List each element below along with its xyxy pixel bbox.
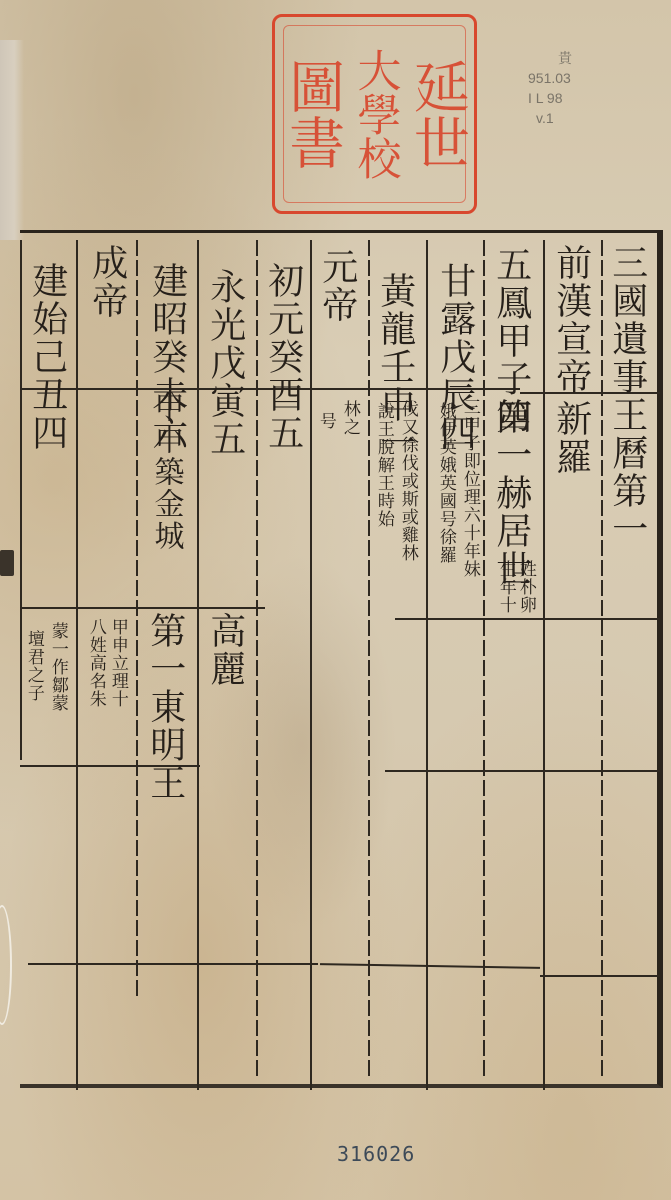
call-number-line: 951.03 xyxy=(528,68,598,88)
row-divider xyxy=(395,618,660,620)
row-divider xyxy=(28,963,318,965)
call-number-line: I L 98 xyxy=(528,88,598,108)
column-divider xyxy=(368,240,370,1080)
annotation-line: 蒙一作鄒蒙 xyxy=(48,622,66,712)
era-chuyuan: 初元癸酉五 xyxy=(264,262,302,452)
annotation-line: 娥伊英娥英國号徐羅 xyxy=(436,402,454,564)
annotation-line: 甲申立理十 xyxy=(108,618,126,708)
seal-column-left: 圖書 xyxy=(283,25,341,203)
era-yongguang: 永光戊寅五 xyxy=(206,268,244,458)
binding-tab xyxy=(0,550,14,576)
annotation-line: 壇君之子 xyxy=(24,630,42,702)
annotation-line: 号 xyxy=(316,412,334,430)
seal-column-middle: 大學校 xyxy=(345,25,403,203)
column-divider xyxy=(483,240,485,1080)
emperor-yuandi: 元帝 xyxy=(318,248,356,324)
row-divider xyxy=(540,975,660,977)
era-jianshi: 建始己丑四 xyxy=(28,262,66,452)
column-divider xyxy=(310,240,312,1090)
event-build-geumseong: 甲申築金城 xyxy=(150,392,182,552)
annotation-line: 姓朴卵 xyxy=(516,560,534,614)
column-divider xyxy=(76,240,78,1090)
call-number-line: v.1 xyxy=(528,108,598,128)
column-divider xyxy=(601,240,603,1080)
column-divider xyxy=(197,240,199,1090)
kingdom-heading-goguryeo: 高麗 xyxy=(206,612,244,688)
library-seal-stamp: 圖書 大學校 延世 xyxy=(272,14,477,214)
dynasty-heading-former-han-xuandi: 前漢宣帝 xyxy=(552,244,590,396)
document-page: 圖書 大學校 延世 貴 951.03 I L 98 v.1 三國遺事王曆第一 前… xyxy=(0,0,671,1200)
torn-paper-edge xyxy=(0,40,24,240)
column-divider xyxy=(543,240,545,1090)
column-divider xyxy=(426,240,428,1090)
annotation-line: 八姓高名朱 xyxy=(86,618,104,708)
column-divider xyxy=(20,240,22,760)
column-divider xyxy=(136,240,138,1000)
annotation-line: 三甲子即位理六十年妹 xyxy=(460,398,478,578)
book-title: 三國遺事王曆第一 xyxy=(608,244,646,548)
seal-column-right: 延世 xyxy=(408,25,466,203)
annotation-line: 說王脫解王時始 xyxy=(374,402,392,528)
annotation-line: 林之 xyxy=(340,400,358,436)
accession-number-stamp: 316026 xyxy=(337,1142,415,1166)
call-number-line: 貴 xyxy=(528,48,598,68)
annotation-line: 伐又徐伐或斯或雞林 xyxy=(398,400,416,562)
kingdom-heading-silla: 新羅 xyxy=(552,400,590,476)
annotation-line: 生年十 xyxy=(496,560,514,614)
row-divider xyxy=(20,607,265,609)
emperor-chengdi: 成帝 xyxy=(88,244,126,320)
binding-thread xyxy=(0,905,12,1025)
column-divider xyxy=(256,240,258,1080)
king-dongmyeong: 第一東明王 xyxy=(146,612,184,802)
pencil-call-number: 貴 951.03 I L 98 v.1 xyxy=(528,48,598,128)
